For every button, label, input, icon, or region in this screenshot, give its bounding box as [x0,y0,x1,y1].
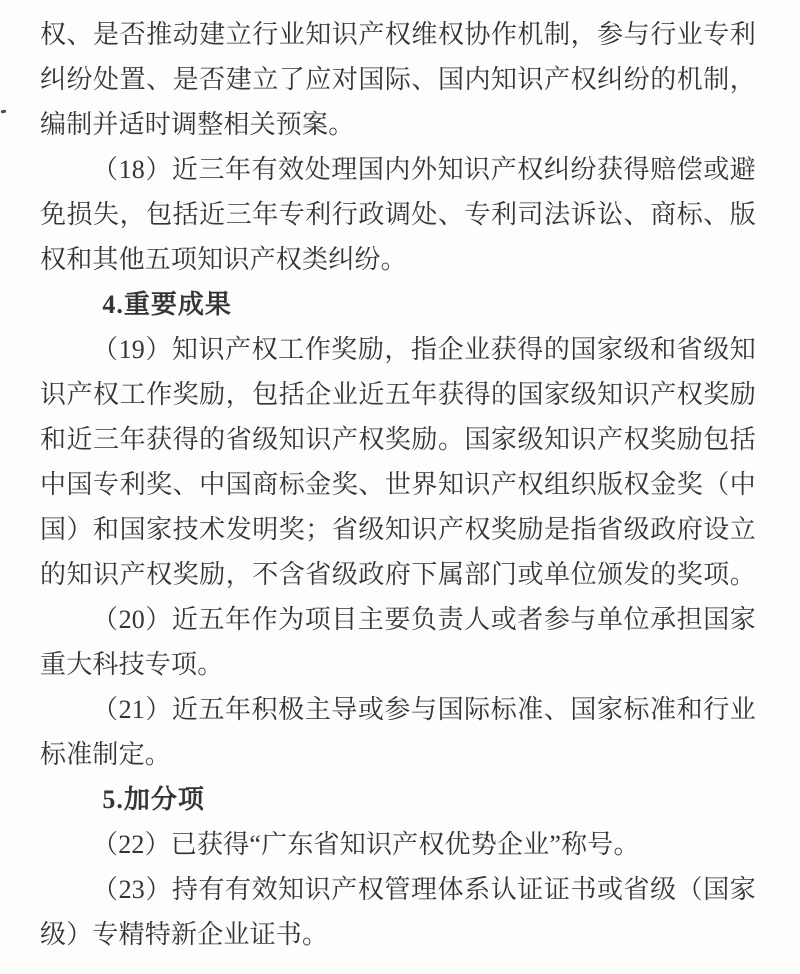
document-page: 权、是否推动建立行业知识产权维权协作机制，参与行业专利纠纷处置、是否建立了应对国… [0,0,800,974]
document-text-block: 权、是否推动建立行业知识产权维权协作机制，参与行业专利纠纷处置、是否建立了应对国… [40,12,756,957]
scan-speck-artifact [1,110,6,114]
text-line: 级）专精特新企业证书。 [40,912,756,957]
text-line: 免损失，包括近三年专利行政调处、专利司法诉讼、商标、版 [40,192,756,237]
section-heading: 4.重要成果 [40,282,756,327]
text-line: 重大科技专项。 [40,642,756,687]
text-line: 和近三年获得的省级知识产权奖励。国家级知识产权奖励包括 [40,417,756,462]
section-heading: 5.加分项 [40,777,756,822]
text-line: 权和其他五项知识产权类纠纷。 [40,237,756,282]
text-line: （23）持有有效知识产权管理体系认证证书或省级（国家 [40,867,756,912]
text-line: 标准制定。 [40,732,756,777]
text-line: 的知识产权奖励，不含省级政府下属部门或单位颁发的奖项。 [40,552,756,597]
text-line: 国）和国家技术发明奖；省级知识产权奖励是指省级政府设立 [40,507,756,552]
text-line: 权、是否推动建立行业知识产权维权协作机制，参与行业专利 [40,12,756,57]
text-line: （19）知识产权工作奖励，指企业获得的国家级和省级知 [40,327,756,372]
text-line: 纠纷处置、是否建立了应对国际、国内知识产权纠纷的机制， [40,57,756,102]
text-line: 中国专利奖、中国商标金奖、世界知识产权组织版权金奖（中 [40,462,756,507]
text-line: （22）已获得“广东省知识产权优势企业”称号。 [40,822,756,867]
text-line: （21）近五年积极主导或参与国际标准、国家标准和行业 [40,687,756,732]
text-line: （18）近三年有效处理国内外知识产权纠纷获得赔偿或避 [40,147,756,192]
text-line: 识产权工作奖励，包括企业近五年获得的国家级知识产权奖励 [40,372,756,417]
text-line: 编制并适时调整相关预案。 [40,102,756,147]
text-line: （20）近五年作为项目主要负责人或者参与单位承担国家 [40,597,756,642]
